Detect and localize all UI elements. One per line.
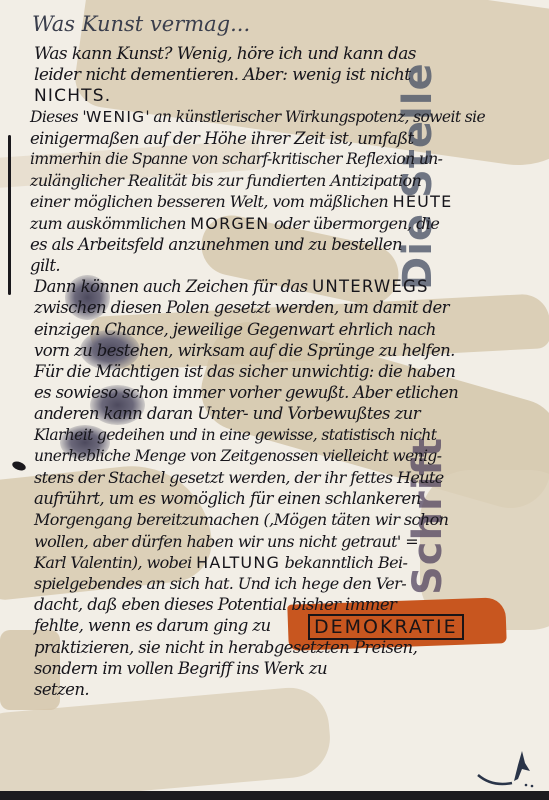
letter-line: unerhebliche Menge von Zeitgenossen viel…	[34, 447, 441, 465]
letter-line: einer möglichen besseren Welt, vom mäßli…	[30, 192, 452, 211]
letter-line: zwischen diesen Polen gesetzt werden, um…	[34, 298, 449, 317]
margin-rule	[8, 135, 11, 295]
letter-line: gilt.	[30, 256, 60, 275]
letter-title: Was Kunst vermag...	[32, 12, 250, 36]
letter-line: Dieses 'WENIG' an künstlerischer Wirkung…	[30, 108, 485, 126]
bottom-border	[0, 791, 549, 800]
letter-line: anderen kann daran Unter- und Vorbewußte…	[34, 404, 420, 423]
letter-line: wollen, aber dürfen haben wir uns nicht …	[34, 532, 418, 551]
letter-line: immerhin die Spanne von scharf-kritische…	[30, 150, 442, 168]
letter-line: stens der Stachel gesetzt werden, der ih…	[34, 468, 444, 487]
letter-line: Karl Valentin), wobei HALTUNG bekanntlic…	[34, 553, 407, 572]
letter-line: zulänglicher Realität bis zur fundierten…	[30, 171, 421, 190]
letter-line: NICHTS.	[34, 86, 111, 106]
letter-line: Für die Mächtigen ist das sicher unwicht…	[34, 362, 455, 381]
letter-line: einzigen Chance, jeweilige Gegenwart ehr…	[34, 320, 436, 339]
letter-line: dacht, daß eben dieses Potential bisher …	[34, 595, 396, 614]
letter-line: spielgebendes an sich hat. Und ich hege …	[34, 574, 406, 593]
letter-line: Was kann Kunst? Wenig, höre ich und kann…	[34, 44, 416, 64]
letter-line: zum auskömmlichen MORGEN oder übermorgen…	[30, 214, 439, 233]
letter-line: einigermaßen auf der Höhe ihrer Zeit ist…	[30, 129, 414, 148]
letter-line: Dann können auch Zeichen für das UNTERWE…	[34, 277, 429, 296]
letter-line: fehlte, wenn es darum ging zu	[34, 616, 271, 635]
letter-line: aufrührt, um es womöglich für einen schl…	[34, 489, 421, 508]
letter-line: praktizieren, sie nicht in herabgesetzte…	[34, 638, 417, 657]
letter-line: es als Arbeitsfeld anzunehmen und zu bes…	[30, 235, 402, 254]
letter-line: es sowieso schon immer vorher gewußt. Ab…	[34, 383, 458, 402]
letter-line: Klarheit gedeihen und in eine gewisse, s…	[34, 426, 436, 444]
letter-line: leider nicht dementieren. Aber: wenig is…	[34, 65, 411, 85]
handwritten-letter-page: Die Stelle Schrift Was Kunst vermag... W…	[0, 0, 549, 800]
letter-line: setzen.	[34, 680, 89, 699]
letter-line: sondern im vollen Begriff ins Werk zu	[34, 659, 327, 678]
highlight-word: DEMOKRATIE	[308, 614, 464, 640]
margin-ink-mark	[11, 460, 27, 472]
letter-line: Morgengang bereitzumachen (,Mögen täten …	[34, 510, 448, 529]
arrow-signature-icon	[470, 745, 540, 790]
letter-line: vorn zu bestehen, wirksam auf die Sprüng…	[34, 341, 455, 360]
